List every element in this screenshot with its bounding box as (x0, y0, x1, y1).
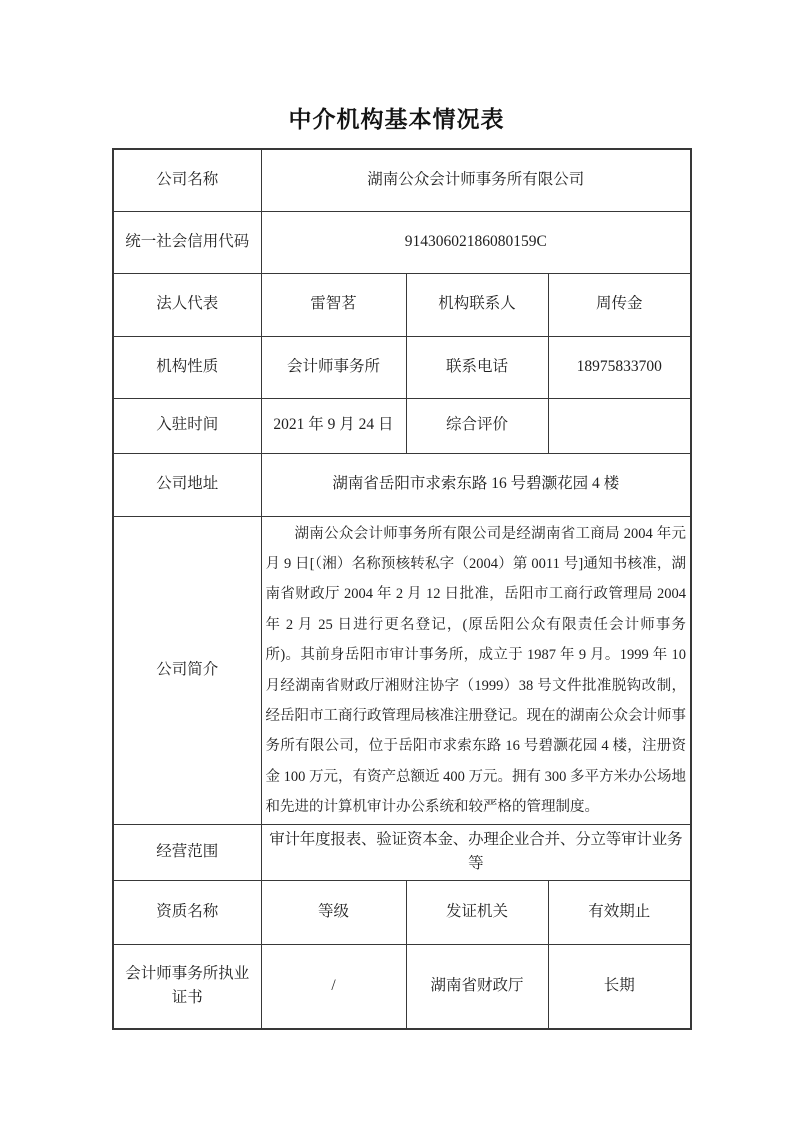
business-scope-value: 审计年度报表、验证资本金、办理企业合并、分立等审计业务等 (261, 824, 691, 880)
entry-date-label: 入驻时间 (113, 398, 261, 453)
practice-cert-level: / (261, 944, 406, 1029)
issuer-header: 发证机关 (406, 880, 548, 944)
entry-date-value: 2021 年 9 月 24 日 (261, 398, 406, 453)
credit-code-value: 91430602186080159C (261, 211, 691, 273)
level-header: 等级 (261, 880, 406, 944)
profile-text: 湖南公众会计师事务所有限公司是经湖南省工商局 2004 年元月 9 日[（湘）名… (266, 519, 687, 822)
table-row: 公司简介 湖南公众会计师事务所有限公司是经湖南省工商局 2004 年元月 9 日… (113, 516, 691, 824)
practice-cert-issuer: 湖南省财政厅 (406, 944, 548, 1029)
table-row: 资质名称 等级 发证机关 有效期止 (113, 880, 691, 944)
table-row: 公司地址 湖南省岳阳市求索东路 16 号碧灏花园 4 楼 (113, 453, 691, 516)
page-title: 中介机构基本情况表 (0, 101, 793, 134)
practice-cert-label: 会计师事务所执业证书 (113, 944, 261, 1029)
phone-label: 联系电话 (406, 336, 548, 398)
address-label: 公司地址 (113, 453, 261, 516)
table-row: 经营范围 审计年度报表、验证资本金、办理企业合并、分立等审计业务等 (113, 824, 691, 880)
table-row: 入驻时间 2021 年 9 月 24 日 综合评价 (113, 398, 691, 453)
org-contact-label: 机构联系人 (406, 273, 548, 336)
org-type-value: 会计师事务所 (261, 336, 406, 398)
company-name-value: 湖南公众会计师事务所有限公司 (261, 149, 691, 211)
practice-cert-valid-until: 长期 (548, 944, 691, 1029)
table-row: 法人代表 雷智茗 机构联系人 周传金 (113, 273, 691, 336)
phone-value: 18975833700 (548, 336, 691, 398)
profile-label: 公司简介 (113, 516, 261, 824)
legal-rep-label: 法人代表 (113, 273, 261, 336)
org-type-label: 机构性质 (113, 336, 261, 398)
evaluation-value (548, 398, 691, 453)
document-page: 中介机构基本情况表 公司名称 湖南公众会计师事务所有限公司 统一社会信用代码 9… (0, 0, 793, 1122)
info-table: 公司名称 湖南公众会计师事务所有限公司 统一社会信用代码 91430602186… (112, 148, 692, 1030)
table-row: 公司名称 湖南公众会计师事务所有限公司 (113, 149, 691, 211)
org-contact-value: 周传金 (548, 273, 691, 336)
address-value: 湖南省岳阳市求索东路 16 号碧灏花园 4 楼 (261, 453, 691, 516)
evaluation-label: 综合评价 (406, 398, 548, 453)
table-row: 机构性质 会计师事务所 联系电话 18975833700 (113, 336, 691, 398)
table-row: 统一社会信用代码 91430602186080159C (113, 211, 691, 273)
business-scope-label: 经营范围 (113, 824, 261, 880)
credit-code-label: 统一社会信用代码 (113, 211, 261, 273)
table-row: 会计师事务所执业证书 / 湖南省财政厅 长期 (113, 944, 691, 1029)
qualification-name-header: 资质名称 (113, 880, 261, 944)
valid-until-header: 有效期止 (548, 880, 691, 944)
legal-rep-value: 雷智茗 (261, 273, 406, 336)
profile-cell: 湖南公众会计师事务所有限公司是经湖南省工商局 2004 年元月 9 日[（湘）名… (261, 516, 691, 824)
company-name-label: 公司名称 (113, 149, 261, 211)
